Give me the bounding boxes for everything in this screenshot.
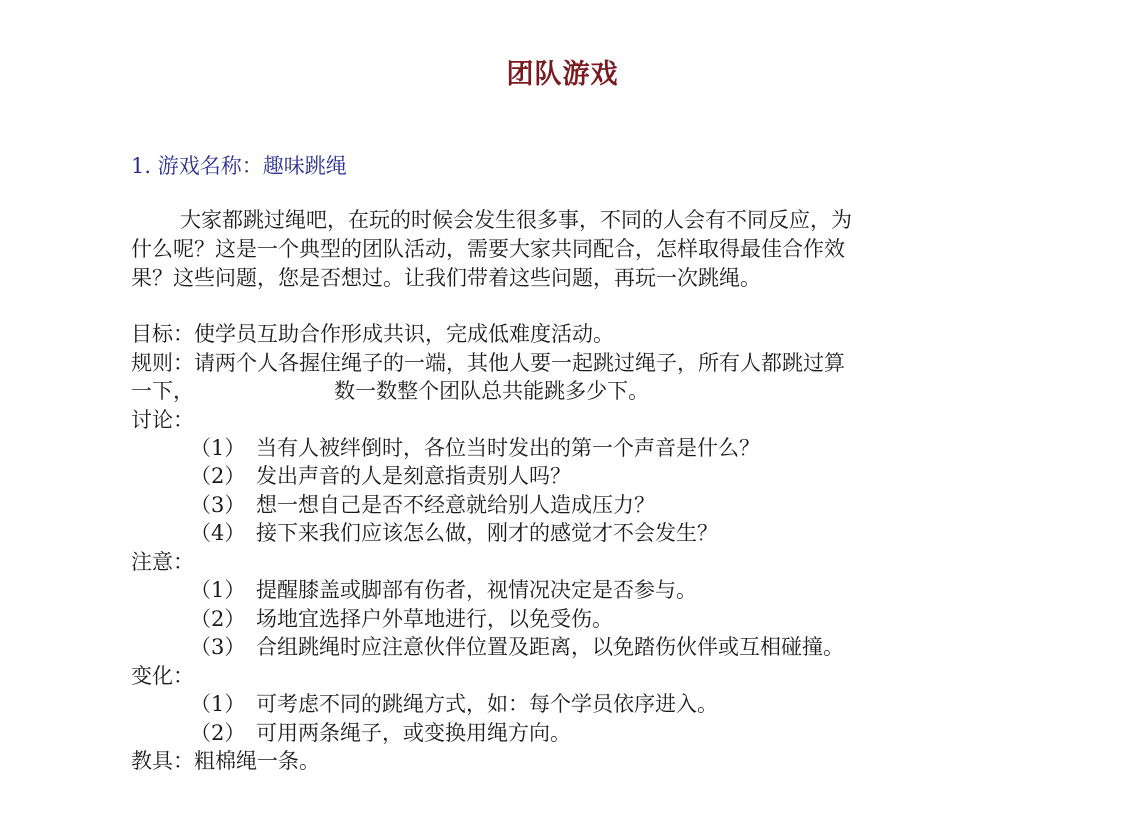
- item-text: 提醒膝盖或脚部有伤者，视情况决定是否参与。: [256, 578, 697, 602]
- item-text: 可用两条绳子，或变换用绳方向。: [256, 721, 571, 745]
- discussion-label: 讨论：: [131, 406, 194, 434]
- notes-item: （1）提醒膝盖或脚部有伤者，视情况决定是否参与。: [190, 576, 697, 604]
- item-number: （2）: [190, 719, 256, 747]
- item-text: 合组跳绳时应注意伙伴位置及距离，以免踏伤伙伴或互相碰撞。: [256, 635, 844, 659]
- item-text: 接下来我们应该怎么做，刚才的感觉才不会发生？: [256, 521, 718, 545]
- item-number: （2）: [190, 462, 256, 490]
- variations-label: 变化：: [131, 662, 194, 690]
- rules-line: 一下， 数一数整个团队总共能跳多少下。: [131, 377, 649, 405]
- item-text: 想一想自己是否不经意就给别人造成压力？: [256, 493, 655, 517]
- item-text: 当有人被绊倒时，各位当时发出的第一个声音是什么？: [256, 436, 760, 460]
- page-title: 团队游戏: [0, 52, 1125, 91]
- item-text: 发出声音的人是刻意指责别人吗？: [256, 464, 571, 488]
- notes-label: 注意：: [131, 548, 194, 576]
- discussion-item: （1）当有人被绊倒时，各位当时发出的第一个声音是什么？: [190, 434, 760, 462]
- item-number: （4）: [190, 519, 256, 547]
- item-number: （2）: [190, 605, 256, 633]
- discussion-item: （4）接下来我们应该怎么做，刚才的感觉才不会发生？: [190, 519, 718, 547]
- item-number: （1）: [190, 690, 256, 718]
- notes-item: （3）合组跳绳时应注意伙伴位置及距离，以免踏伤伙伴或互相碰撞。: [190, 633, 844, 661]
- item-text: 场地宜选择户外草地进行，以免受伤。: [256, 607, 613, 631]
- intro-line: 什么呢？这是一个典型的团队活动，需要大家共同配合，怎样取得最佳合作效: [131, 235, 845, 263]
- section-heading: 1. 游戏名称：趣味跳绳: [131, 150, 347, 180]
- item-number: （3）: [190, 491, 256, 519]
- discussion-item: （3）想一想自己是否不经意就给别人造成压力？: [190, 491, 655, 519]
- variations-item: （1）可考虑不同的跳绳方式，如：每个学员依序进入。: [190, 690, 718, 718]
- goal-line: 目标：使学员互助合作形成共识，完成低难度活动。: [131, 320, 614, 348]
- item-number: （3）: [190, 633, 256, 661]
- intro-line: 大家都跳过绳吧，在玩的时候会发生很多事，不同的人会有不同反应，为: [180, 206, 852, 234]
- item-number: （1）: [190, 576, 256, 604]
- item-text: 可考虑不同的跳绳方式，如：每个学员依序进入。: [256, 692, 718, 716]
- notes-item: （2）场地宜选择户外草地进行，以免受伤。: [190, 605, 613, 633]
- variations-item: （2）可用两条绳子，或变换用绳方向。: [190, 719, 571, 747]
- discussion-item: （2）发出声音的人是刻意指责别人吗？: [190, 462, 571, 490]
- rules-line: 规则：请两个人各握住绳子的一端，其他人要一起跳过绳子，所有人都跳过算: [131, 349, 845, 377]
- item-number: （1）: [190, 434, 256, 462]
- equipment-line: 教具：粗棉绳一条。: [131, 747, 320, 775]
- intro-line: 果？这些问题，您是否想过。让我们带着这些问题，再玩一次跳绳。: [131, 264, 761, 292]
